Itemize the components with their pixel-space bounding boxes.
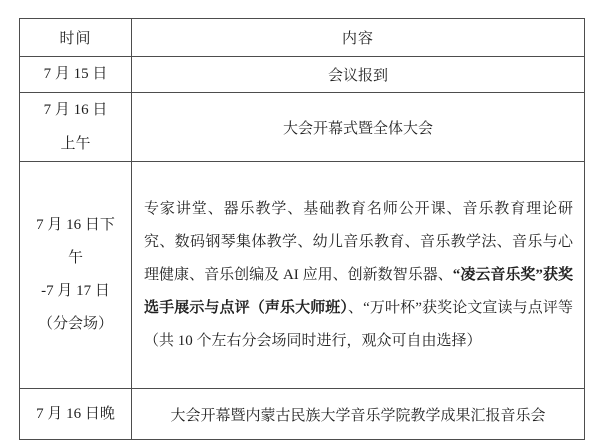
time-cell-jul16-morning: 7 月 16 日 上午 <box>20 93 132 162</box>
table-row: 7 月 15 日 会议报到 <box>20 57 585 93</box>
header-row: 时间 内容 <box>20 19 585 57</box>
time-cell-jul16-evening: 7 月 16 日晚 <box>20 389 132 440</box>
content-cell-breakout-sessions: 专家讲堂、器乐教学、基础教育名师公开课、音乐教育理论研究、数码钢琴集体教学、幼儿… <box>132 162 585 389</box>
content-cell-opening-ceremony: 大会开幕式暨全体大会 <box>132 93 585 162</box>
content-cell-registration: 会议报到 <box>132 57 585 93</box>
column-header-content: 内容 <box>132 19 585 57</box>
table-row: 7 月 16 日晚 大会开幕暨内蒙古民族大学音乐学院教学成果汇报音乐会 <box>20 389 585 440</box>
time-cell-jul15: 7 月 15 日 <box>20 57 132 93</box>
column-header-time: 时间 <box>20 19 132 57</box>
time-cell-jul16-17-sessions: 7 月 16 日下 午 -7 月 17 日 （分会场） <box>20 162 132 389</box>
conference-schedule-table: 时间 内容 7 月 15 日 会议报到 7 月 16 日 上午 大会开幕式暨全体… <box>19 18 585 440</box>
table-row: 7 月 16 日 上午 大会开幕式暨全体大会 <box>20 93 585 162</box>
content-cell-concert: 大会开幕暨内蒙古民族大学音乐学院教学成果汇报音乐会 <box>132 389 585 440</box>
table-row: 7 月 16 日下 午 -7 月 17 日 （分会场） 专家讲堂、器乐教学、基础… <box>20 162 585 389</box>
page: 时间 内容 7 月 15 日 会议报到 7 月 16 日 上午 大会开幕式暨全体… <box>0 0 600 445</box>
